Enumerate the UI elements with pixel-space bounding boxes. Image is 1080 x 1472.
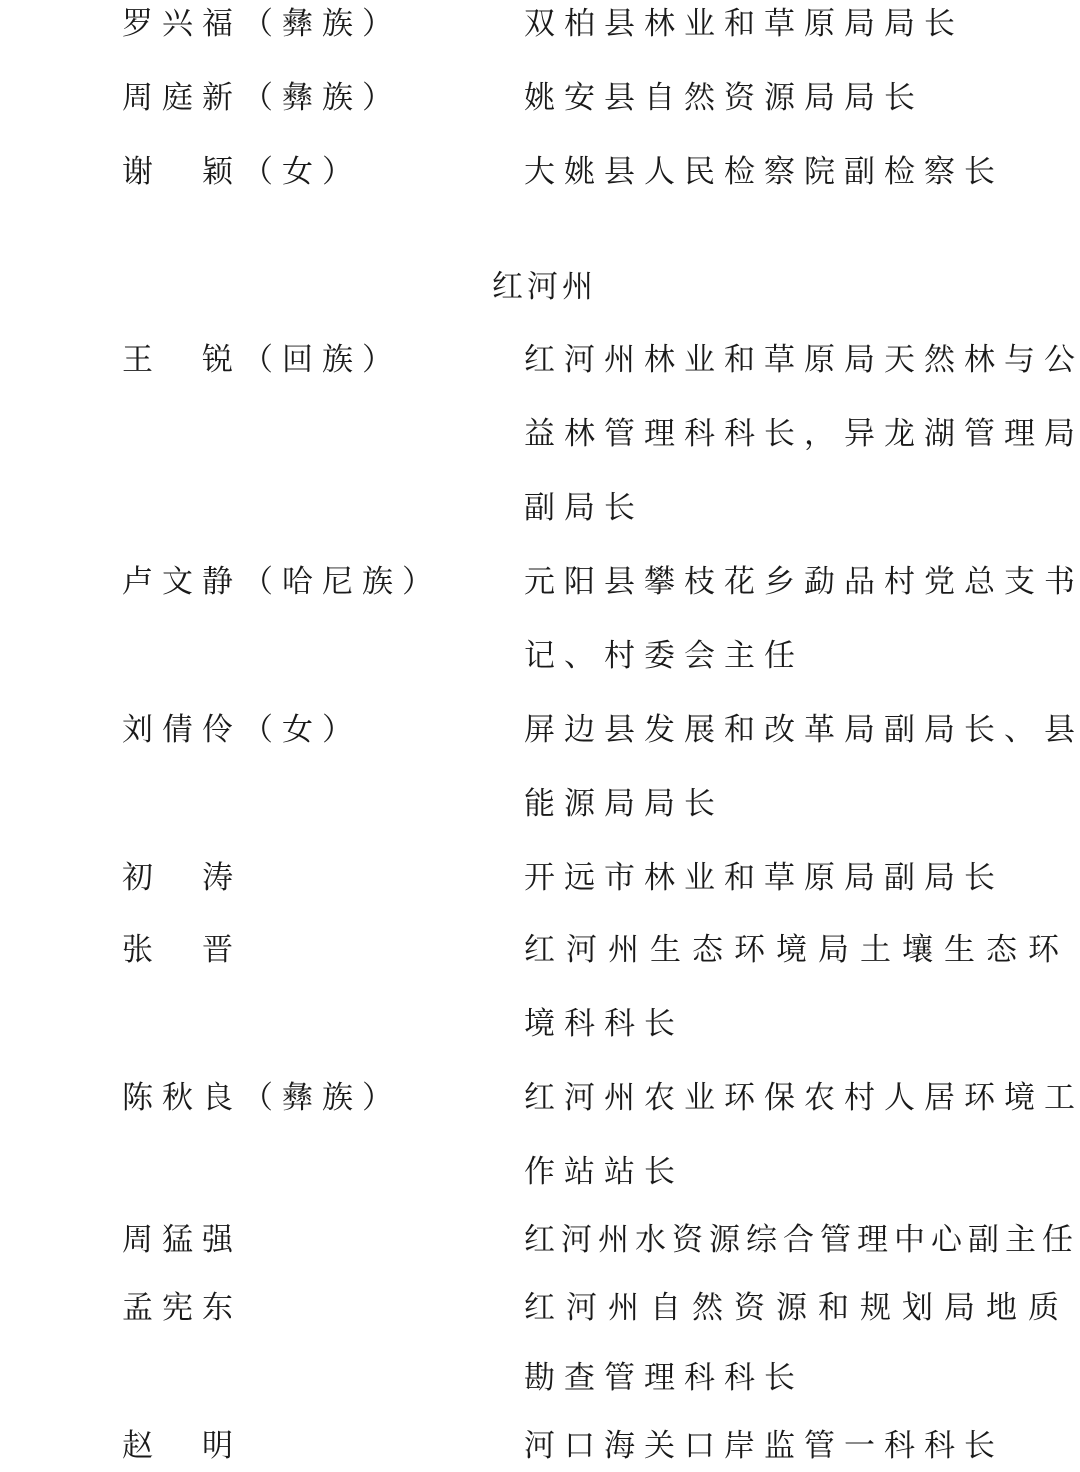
person-name: 王 锐（回族） (122, 340, 402, 380)
person-title: 红河州水资源综合管理中心副主任 (524, 1220, 1079, 1260)
person-title: 红河州林业和草原局天然林与公 (524, 340, 1080, 380)
person-name: 谢 颖（女） (122, 152, 362, 192)
person-title: 红河州生态环境局土壤生态环 (524, 930, 1070, 970)
person-name: 赵 明 (122, 1426, 242, 1466)
person-name: 周猛强 (122, 1220, 242, 1260)
person-title: 大姚县人民检察院副检察长 (524, 152, 1004, 192)
person-name: 初 涛 (122, 858, 242, 898)
person-title: 红河州农业环保农村人居环境工 (524, 1078, 1080, 1118)
person-name: 卢文静（哈尼族） (122, 562, 442, 602)
person-title-cont: 记、村委会主任 (524, 636, 804, 676)
person-title-cont: 益林管理科科长，异龙湖管理局 (524, 414, 1080, 454)
person-name: 周庭新（彝族） (122, 78, 402, 118)
person-title: 元阳县攀枝花乡勐品村党总支书 (524, 562, 1080, 602)
person-name: 孟宪东 (122, 1288, 242, 1328)
person-name: 陈秋良（彝族） (122, 1078, 402, 1118)
person-title-cont: 能源局局长 (524, 784, 724, 824)
person-title: 红河州自然资源和规划局地质 (524, 1288, 1070, 1328)
section-heading: 红河州 (492, 267, 597, 307)
document-page: 罗兴福（彝族） 双柏县林业和草原局局长 周庭新（彝族） 姚安县自然资源局局长 谢… (0, 0, 1080, 1472)
person-name: 张 晋 (122, 930, 242, 970)
person-title-cont: 境科科长 (524, 1004, 684, 1044)
person-title-cont: 作站站长 (524, 1152, 684, 1192)
person-title: 双柏县林业和草原局局长 (524, 4, 964, 44)
person-name: 刘倩伶（女） (122, 710, 362, 750)
person-title: 河口海关口岸监管一科科长 (524, 1426, 1004, 1466)
person-title: 姚安县自然资源局局长 (524, 78, 924, 118)
person-title-cont: 副局长 (524, 488, 644, 528)
person-name: 罗兴福（彝族） (122, 4, 402, 44)
person-title: 屏边县发展和改革局副局长、县 (524, 710, 1080, 750)
person-title-cont: 勘查管理科科长 (524, 1358, 804, 1398)
person-title: 开远市林业和草原局副局长 (524, 858, 1004, 898)
